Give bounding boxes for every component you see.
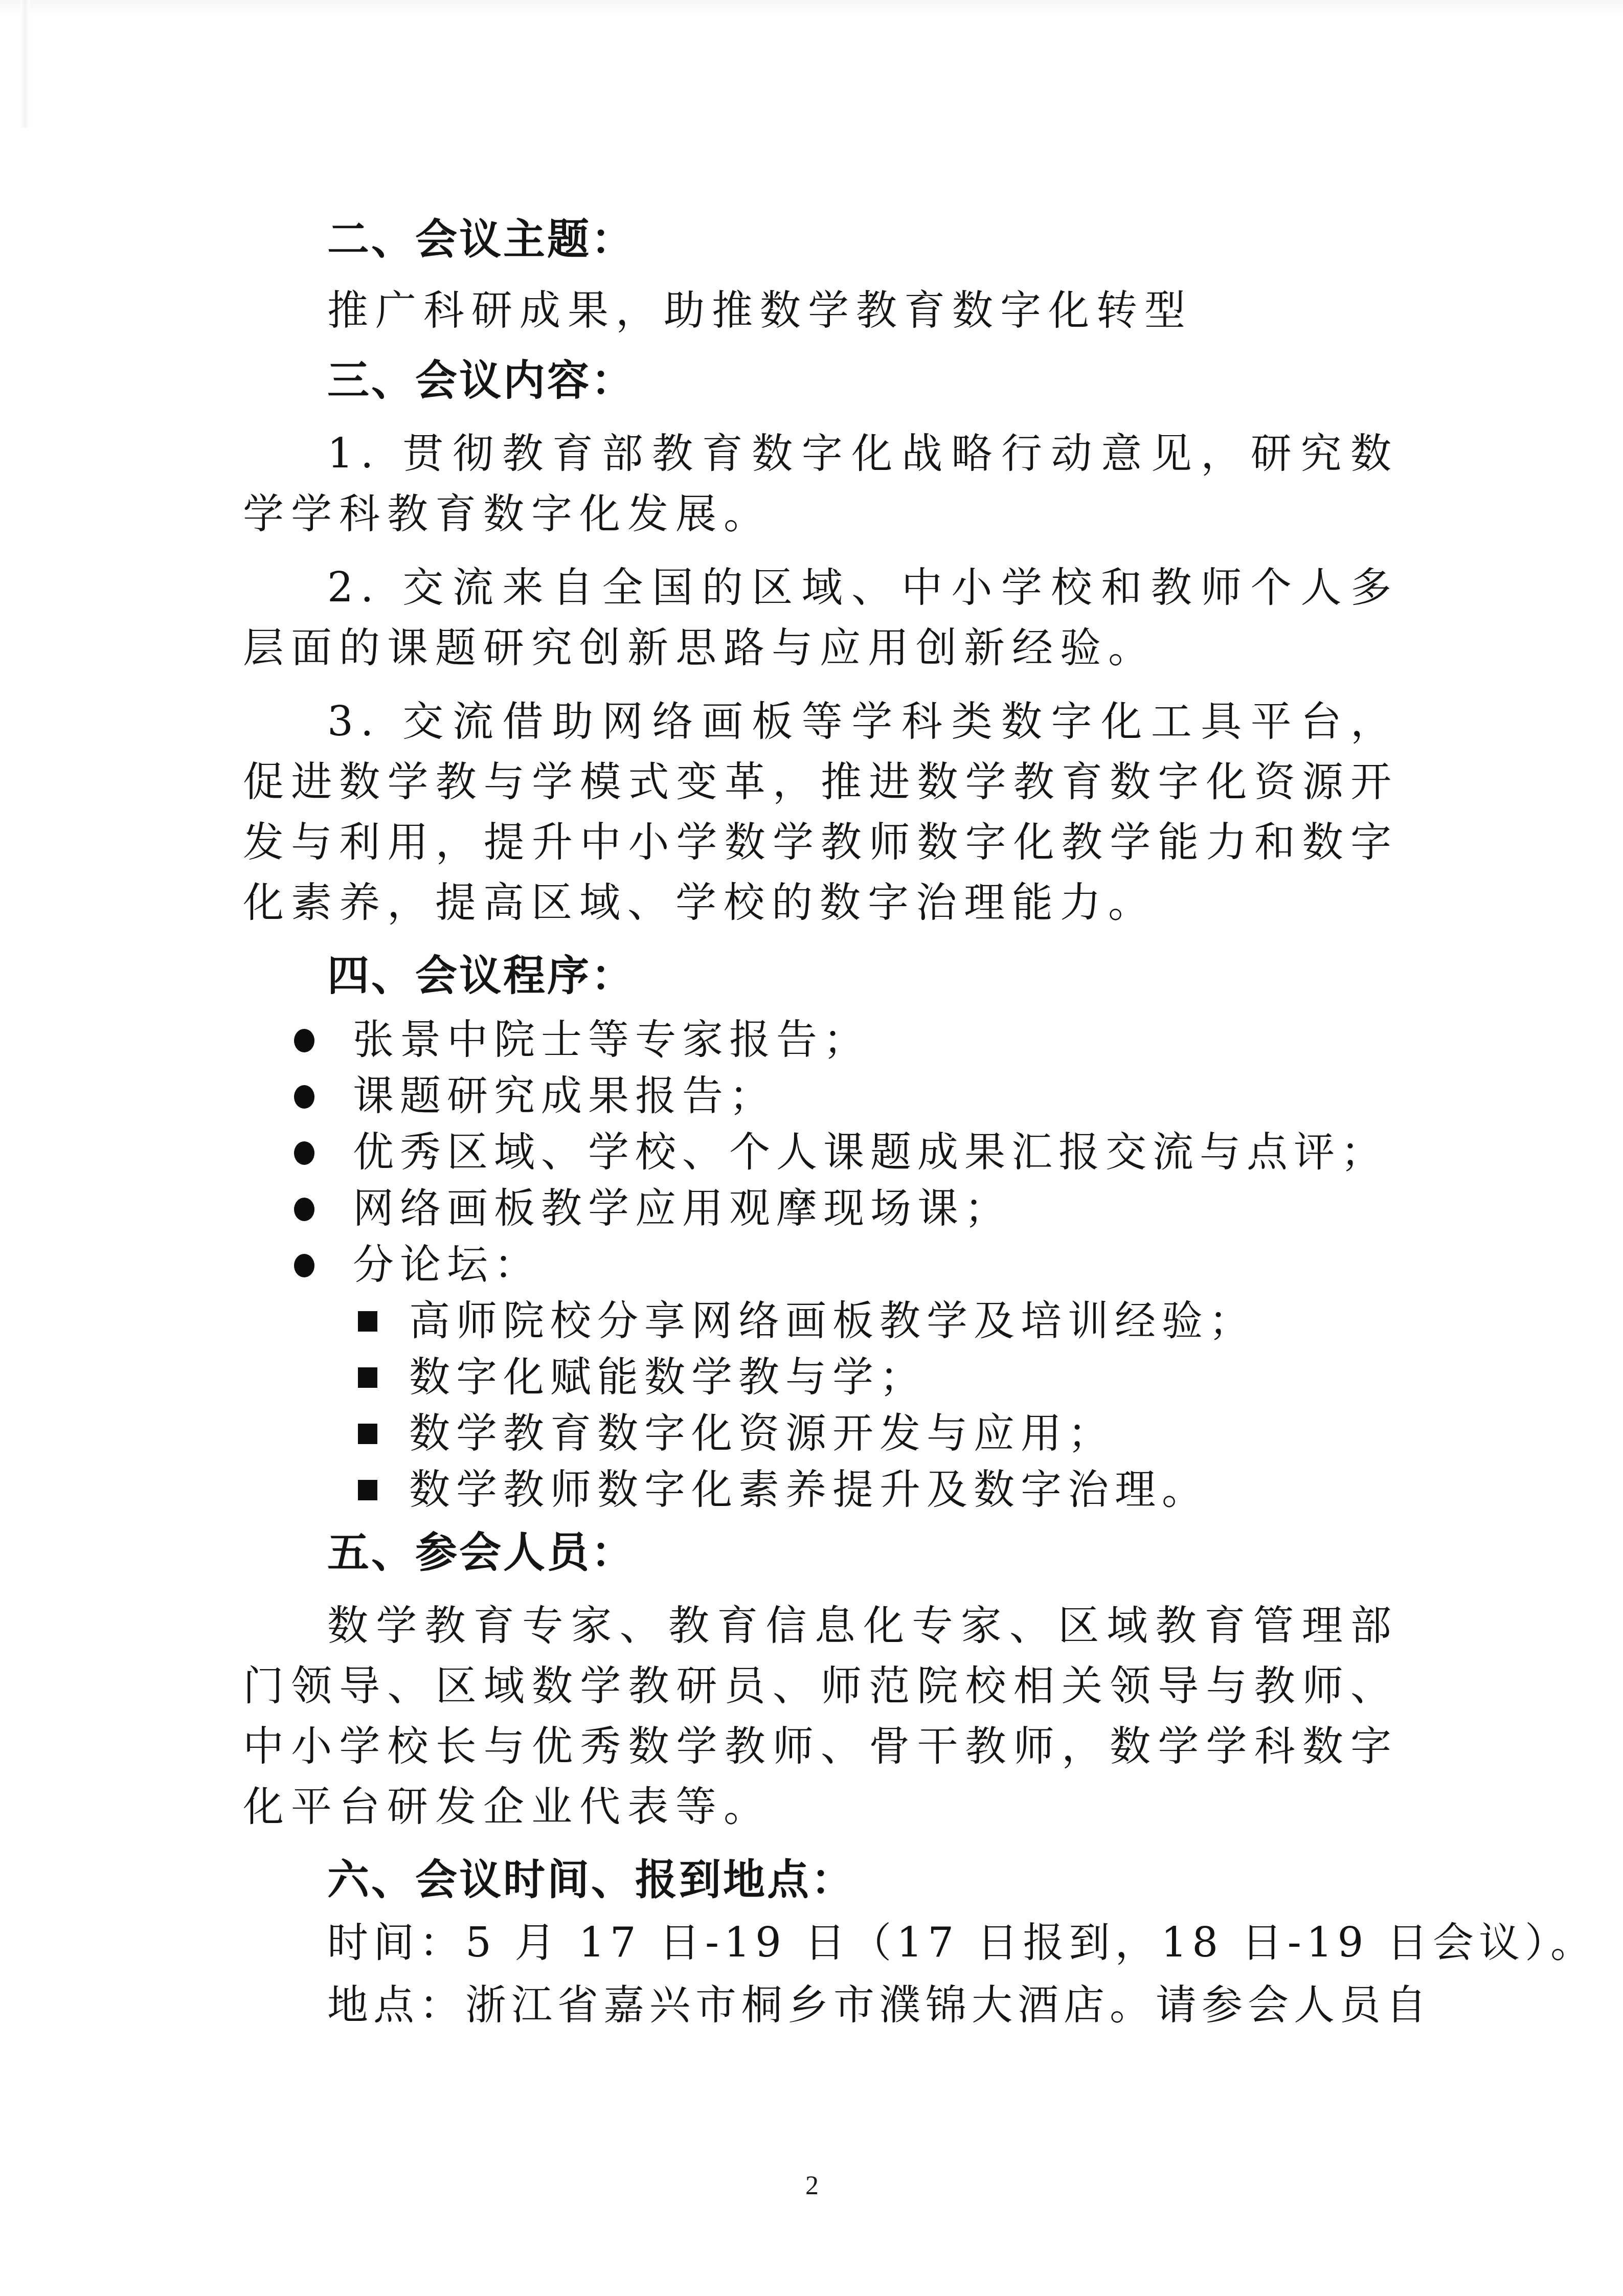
attendees-paragraph: 数学教育专家、教育信息化专家、区域教育管理部门领导、区域数学教研员、师范院校相关… — [243, 1595, 1399, 1837]
agenda-item-text: 优秀区域、学校、个人课题成果汇报交流与点评； — [353, 1128, 1388, 1176]
filled-circle-bullet-icon — [294, 1085, 314, 1109]
list-item: 分论坛： — [243, 1236, 1399, 1293]
agenda-list: 张景中院士等专家报告； 课题研究成果报告； 优秀区域、学校、个人课题成果汇报交流… — [243, 1011, 1399, 1518]
sub-list-item: 高师院校分享网络画板教学及培训经验； — [243, 1293, 1399, 1349]
document-page: 二、会议主题： 推广科研成果，助推数学教育数字化转型 三、会议内容： 1. 贯彻… — [243, 210, 1399, 2037]
list-item: 张景中院士等专家报告； — [243, 1011, 1399, 1068]
meeting-place-line: 地点：浙江省嘉兴市桐乡市濮锦大酒店。请参会人员自 — [243, 1975, 1399, 2035]
agenda-item-text: 张景中院士等专家报告； — [353, 1016, 870, 1063]
filled-circle-bullet-icon — [294, 1254, 314, 1277]
agenda-item-text: 网络画板教学应用观摩现场课； — [353, 1184, 1011, 1232]
content-paragraph-3: 3. 交流借助网络画板等学科类数字化工具平台，促进数学教与学模式变革，推进数学教… — [243, 691, 1399, 933]
meeting-time-line: 时间：5 月 17 日-19 日（17 日报到，18 日-19 日会议）。 — [243, 1912, 1399, 1973]
scan-streak-artifact — [20, 0, 30, 128]
list-item: 课题研究成果报告； — [243, 1068, 1399, 1124]
content-paragraph-2: 2. 交流来自全国的区域、中小学校和教师个人多层面的课题研究创新思路与应用创新经… — [243, 557, 1399, 678]
filled-square-bullet-icon — [358, 1311, 377, 1332]
scan-edge-artifact — [0, 0, 1623, 15]
section-heading-theme: 二、会议主题： — [243, 210, 1399, 270]
filled-circle-bullet-icon — [294, 1141, 314, 1165]
list-item: 优秀区域、学校、个人课题成果汇报交流与点评； — [243, 1124, 1399, 1180]
forum-item-text: 数学教育数字化资源开发与应用； — [409, 1409, 1115, 1457]
filled-circle-bullet-icon — [294, 1198, 314, 1221]
filled-square-bullet-icon — [358, 1480, 377, 1500]
agenda-item-text: 分论坛： — [353, 1241, 541, 1288]
sub-list-item: 数学教师数字化素养提升及数字治理。 — [243, 1461, 1399, 1518]
section-heading-agenda: 四、会议程序： — [243, 946, 1399, 1006]
forum-item-text: 数学教师数字化素养提升及数字治理。 — [409, 1466, 1209, 1513]
filled-square-bullet-icon — [358, 1424, 377, 1444]
sub-list-item: 数字化赋能数学教与学； — [243, 1349, 1399, 1405]
filled-circle-bullet-icon — [294, 1029, 314, 1052]
forum-item-text: 高师院校分享网络画板教学及培训经验； — [409, 1297, 1256, 1344]
list-item: 网络画板教学应用观摩现场课； — [243, 1180, 1399, 1236]
sub-list-item: 数学教育数字化资源开发与应用； — [243, 1405, 1399, 1461]
page-number: 2 — [805, 2171, 819, 2201]
section-heading-content: 三、会议内容： — [243, 351, 1399, 411]
forum-item-text: 数字化赋能数学教与学； — [409, 1353, 927, 1401]
section-heading-attendees: 五、参会人员： — [243, 1523, 1399, 1583]
meeting-theme-text: 推广科研成果，助推数学教育数字化转型 — [243, 280, 1399, 341]
filled-square-bullet-icon — [358, 1367, 377, 1388]
agenda-item-text: 课题研究成果报告； — [353, 1072, 776, 1119]
section-heading-time-place: 六、会议时间、报到地点： — [243, 1850, 1399, 1910]
content-paragraph-1: 1. 贯彻教育部教育数字化战略行动意见，研究数学学科教育数字化发展。 — [243, 423, 1399, 544]
